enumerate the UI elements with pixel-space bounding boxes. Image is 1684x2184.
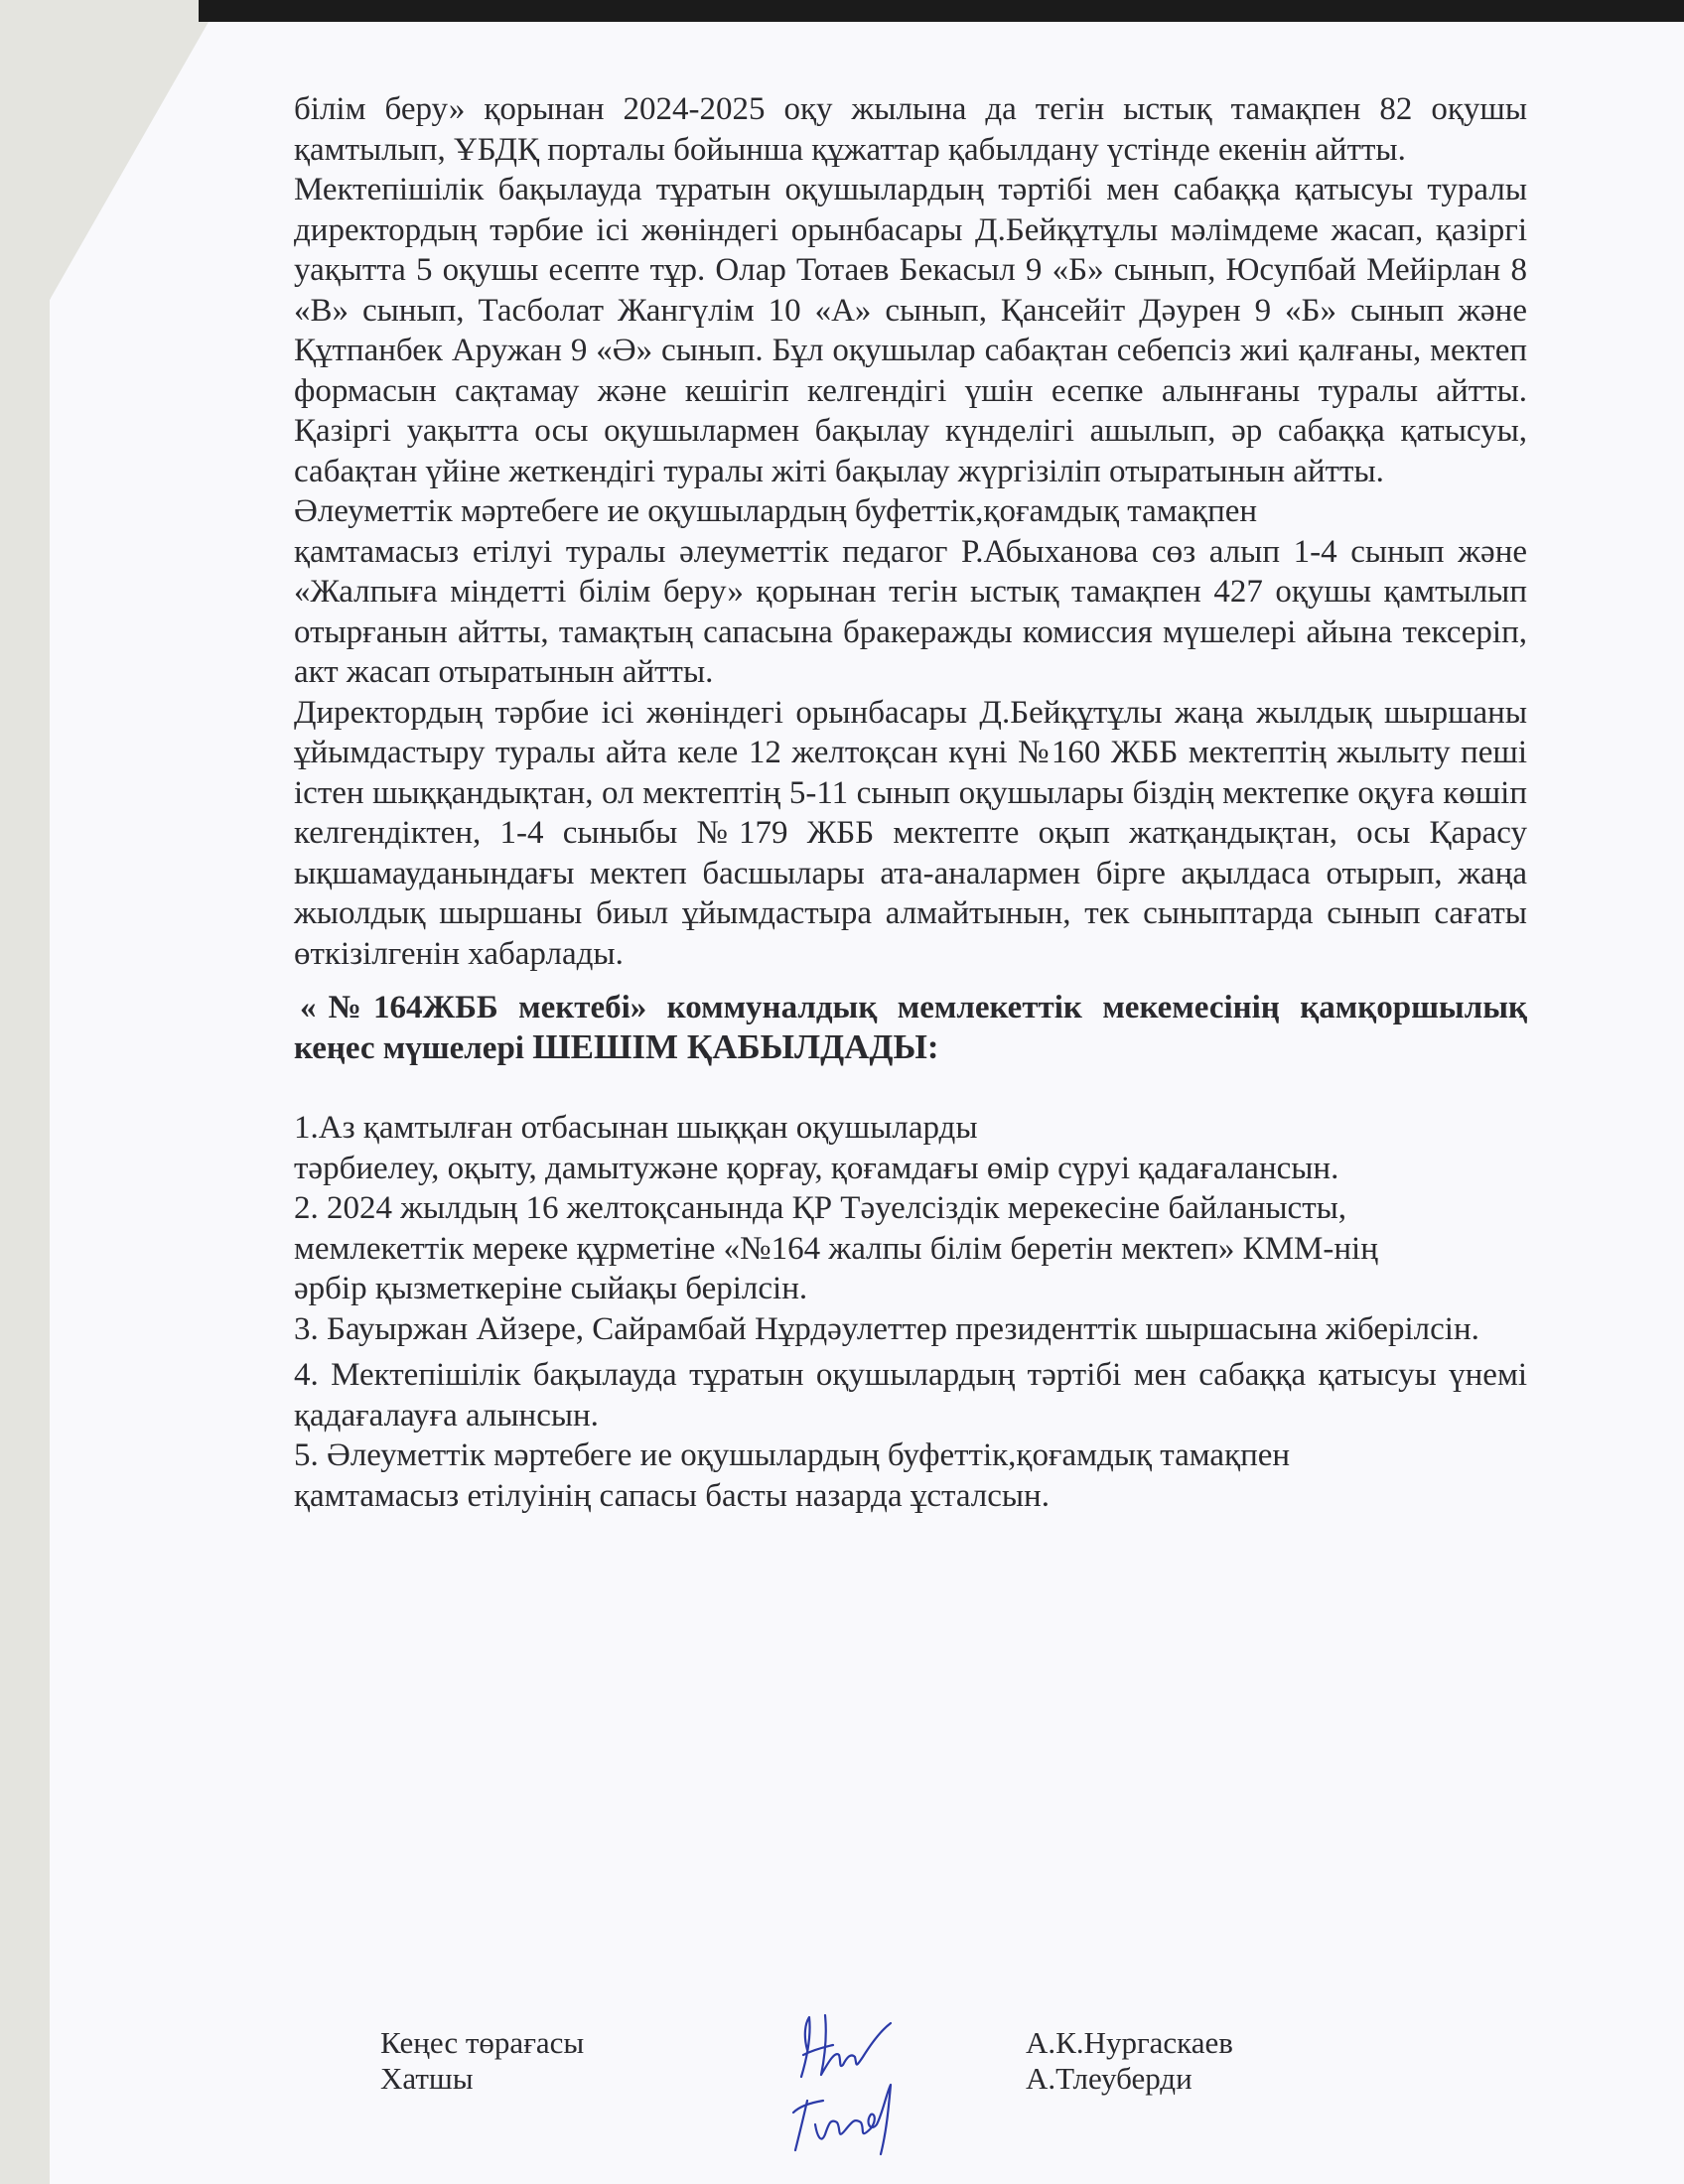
line: мемлекеттік мереке құрметіне «№164 жалпы… — [294, 1229, 1527, 1270]
decision-item-2: 2. 2024 жылдың 16 желтоқсанында ҚР Тәуел… — [294, 1188, 1527, 1309]
line: 3. Бауыржан Айзере, Сайрамбай Нұрдәулетт… — [294, 1311, 1326, 1347]
line: екенін айтты. — [1218, 132, 1406, 168]
resolution-heading-line-1: «№164ЖББ мектебі» коммуналдық мемлекетті… — [294, 990, 1280, 1025]
resolution-heading: «№164ЖББ мектебі» коммуналдық мемлекетті… — [294, 988, 1527, 1068]
paragraph-students-on-record: Мектепішілік бақылауда тұратын оқушылард… — [294, 170, 1527, 491]
resolution-heading-decision: ШЕШІМ ҚАБЫЛДАДЫ: — [532, 1027, 938, 1066]
decisions-list: 1.Аз қамтылған отбасынан шыққан оқушылар… — [294, 1108, 1527, 1516]
signatory-role: Хатшы — [380, 2061, 1026, 2097]
line: 1.Аз қамтылған отбасынан шыққан оқушылар… — [294, 1108, 1527, 1149]
decision-item-5: 5. Әлеуметтік мәртебеге ие оқушылардың б… — [294, 1435, 1527, 1516]
line: әрбір қызметкеріне сыйақы берілсін. — [294, 1269, 1527, 1309]
line: үйіне жеткендігі туралы жіті бақылау жүр… — [426, 454, 1384, 489]
signatory-name: А.Тлеуберди — [1026, 2061, 1193, 2097]
line: Директордың тәрбие ісі жөніндегі орынбас… — [294, 695, 1384, 731]
decision-item-4: 4. Мектепішілік бақылауда тұратын оқушыл… — [294, 1355, 1527, 1435]
signatory-name: А.К.Нургаскаев — [1026, 2025, 1233, 2061]
line: хабарлады. — [468, 936, 624, 972]
line: жіберілсін. — [1326, 1311, 1479, 1347]
document-body: білім беру» қорынан 2024-2025 оқу жылына… — [294, 89, 1527, 1516]
paragraph-social-status-meals: Әлеуметтік мәртебеге ие оқушылардың буфе… — [294, 491, 1527, 693]
line: қамтамасыз етілуінің сапасы басты назард… — [294, 1476, 1527, 1517]
line: 2. 2024 жылдың 16 желтоқсанында ҚР Тәуел… — [294, 1188, 1527, 1229]
line: тәрбиелеу, оқыту, дамытужәне қорғау, қоғ… — [294, 1149, 1527, 1189]
decision-item-3: 3. Бауыржан Айзере, Сайрамбай Нұрдәулетт… — [294, 1309, 1527, 1350]
line: 4. Мектепішілік бақылауда тұратын оқушыл… — [294, 1357, 1318, 1393]
line: Мектепішілік бақылауда тұратын оқушылард… — [294, 172, 1427, 207]
handwritten-signature-icon — [760, 1995, 928, 2164]
paragraph-free-meals-intro: білім беру» қорынан 2024-2025 оқу жылына… — [294, 89, 1527, 170]
line: білім беру» қорынан 2024-2025 оқу жылына… — [294, 91, 1431, 127]
line: қамтамасыз етілуі туралы әлеуметтік педа… — [294, 534, 1350, 570]
line: Әлеуметтік мәртебеге ие оқушылардың буфе… — [294, 491, 1527, 532]
signatory-role: Кеңес төрағасы — [380, 2025, 1026, 2061]
line: 5. Әлеуметтік мәртебеге ие оқушылардың б… — [294, 1435, 1527, 1476]
paragraph-new-year-tree: Директордың тәрбие ісі жөніндегі орынбас… — [294, 693, 1527, 975]
decision-item-1: 1.Аз қамтылған отбасынан шыққан оқушылар… — [294, 1108, 1527, 1188]
scan-top-edge — [199, 0, 1684, 22]
